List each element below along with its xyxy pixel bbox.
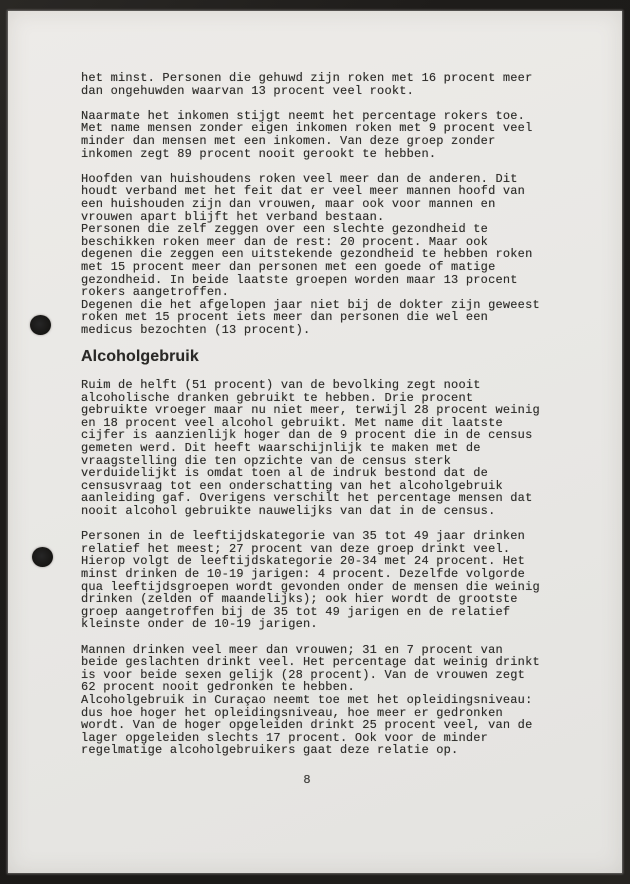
paragraph: het minst. Personen die gehuwd zijn roke…	[81, 72, 551, 97]
section-heading: Alcoholgebruik	[81, 349, 551, 365]
page-body: het minst. Personen die gehuwd zijn roke…	[81, 72, 551, 757]
hole-punch-bottom	[32, 547, 53, 567]
page-number: 8	[297, 773, 317, 787]
paragraph: Ruim de helft (51 procent) van de bevolk…	[81, 379, 551, 518]
hole-punch-top	[30, 315, 51, 335]
paragraph: Personen in de leeftijdskategorie van 35…	[81, 530, 551, 631]
paragraph: Hoofden van huishoudens roken veel meer …	[81, 173, 551, 337]
scan-background: het minst. Personen die gehuwd zijn roke…	[0, 0, 630, 884]
paragraph: Naarmate het inkomen stijgt neemt het pe…	[81, 110, 551, 160]
paragraph: Mannen drinken veel meer dan vrouwen; 31…	[81, 644, 551, 757]
